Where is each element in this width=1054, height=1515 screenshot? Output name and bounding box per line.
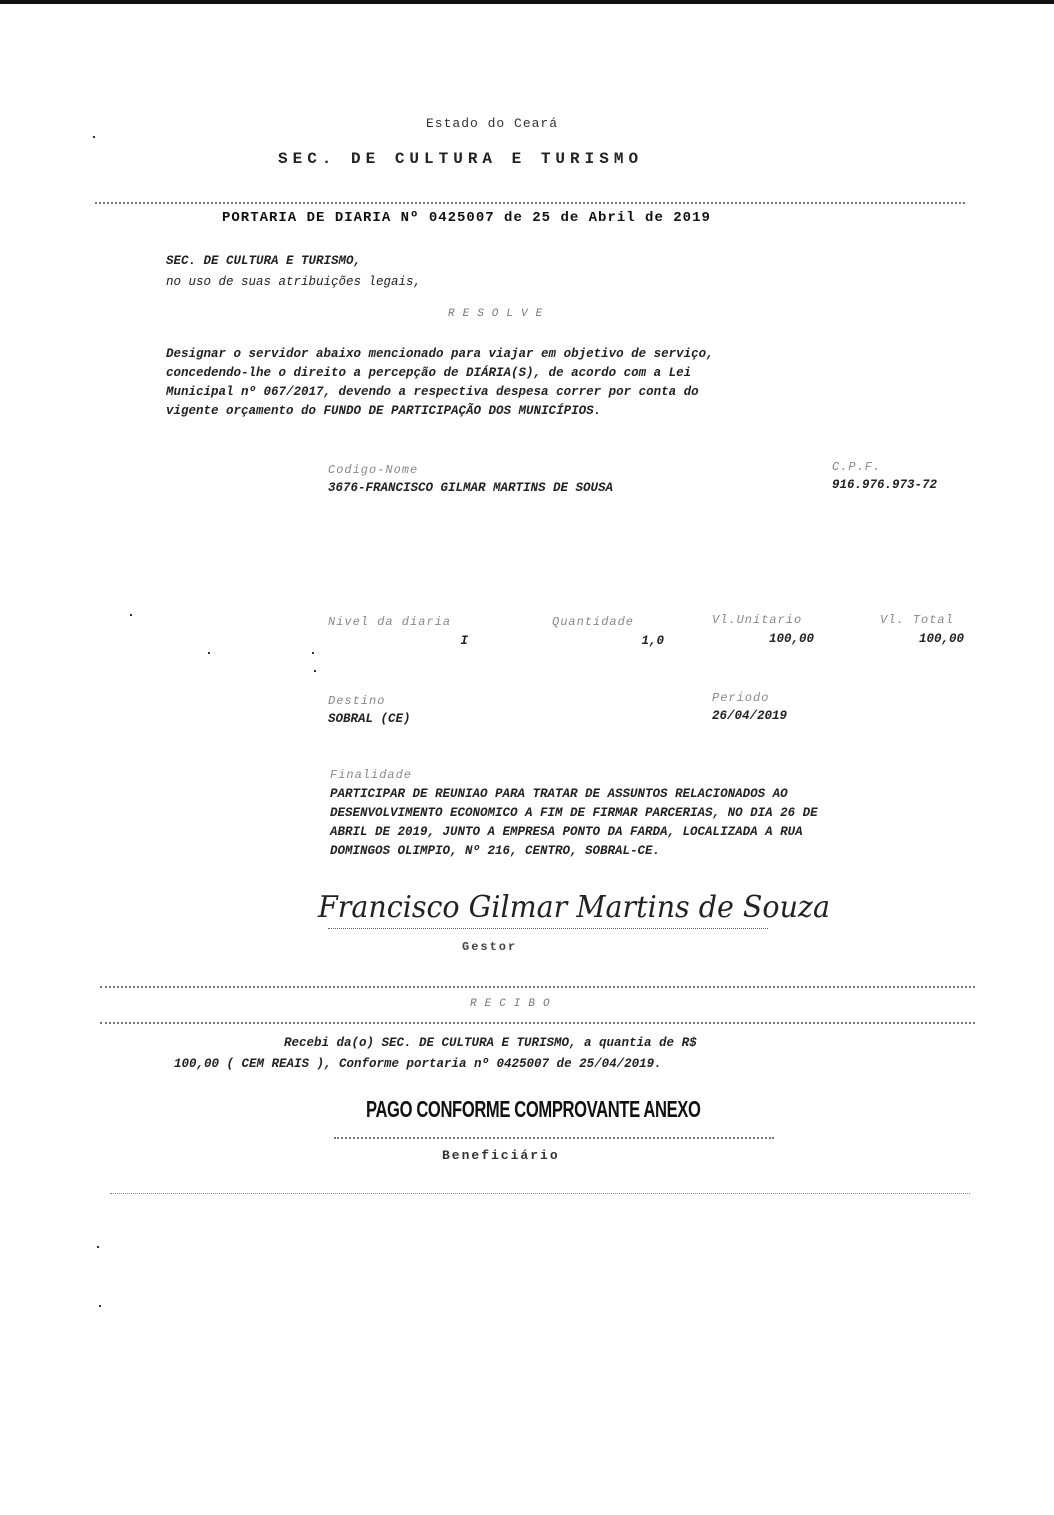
destino-label: Destino	[328, 694, 385, 708]
resolve-heading: RESOLVE	[448, 308, 550, 320]
finalidade-line-1: PARTICIPAR DE REUNIAO PARA TRATAR DE ASS…	[330, 785, 818, 804]
scan-speck	[312, 652, 314, 654]
vl-unitario-label: Vl.Unitario	[712, 613, 802, 627]
recibo-heading: RECIBO	[470, 998, 558, 1010]
scan-top-edge	[0, 0, 1054, 4]
cpf-value: 916.976.973-72	[832, 478, 937, 492]
scan-speck	[314, 670, 316, 672]
recibo-divider-bottom	[100, 1022, 975, 1024]
periodo-value: 26/04/2019	[712, 709, 787, 723]
finalidade-line-2: DESENVOLVIMENTO ECONOMICO A FIM DE FIRMA…	[330, 804, 818, 823]
finalidade-text: PARTICIPAR DE REUNIAO PARA TRATAR DE ASS…	[330, 785, 818, 861]
portaria-title: PORTARIA DE DIARIA Nº 0425007 de 25 de A…	[222, 210, 711, 226]
cpf-label: C.P.F.	[832, 460, 881, 474]
quantidade-value: 1,0	[590, 634, 664, 648]
scan-speck	[97, 1246, 99, 1248]
quantidade-label: Quantidade	[552, 615, 634, 629]
nivel-value: I	[400, 634, 468, 648]
department-title: SEC. DE CULTURA E TURISMO	[278, 150, 643, 168]
vl-total-label: Vl. Total	[880, 613, 954, 627]
periodo-label: Periodo	[712, 691, 769, 705]
body-paragraph: Designar o servidor abaixo mencionado pa…	[166, 345, 714, 421]
nivel-label: Nivel da diaria	[328, 615, 451, 629]
preamble-line-1: SEC. DE CULTURA E TURISMO,	[166, 252, 361, 271]
bottom-divider	[110, 1193, 970, 1194]
recibo-line-2: 100,00 ( CEM REAIS ), Conforme portaria …	[174, 1055, 662, 1074]
destino-value: SOBRAL (CE)	[328, 712, 411, 726]
codigo-nome-value: 3676-FRANCISCO GILMAR MARTINS DE SOUSA	[328, 481, 613, 495]
finalidade-label: Finalidade	[330, 768, 412, 782]
finalidade-line-3: ABRIL DE 2019, JUNTO A EMPRESA PONTO DA …	[330, 823, 818, 842]
scan-speck	[208, 652, 210, 654]
vl-total-value: 100,00	[880, 632, 964, 646]
scan-speck	[130, 614, 132, 616]
codigo-nome-label: Codigo-Nome	[328, 463, 418, 477]
body-line-3: Municipal nº 067/2017, devendo a respect…	[166, 383, 714, 402]
divider	[95, 202, 965, 204]
body-line-2: concedendo-lhe o direito a percepção de …	[166, 364, 714, 383]
body-line-1: Designar o servidor abaixo mencionado pa…	[166, 345, 714, 364]
body-line-4: vigente orçamento do FUNDO DE PARTICIPAÇ…	[166, 402, 714, 421]
scan-speck	[99, 1305, 101, 1307]
signature-line	[328, 928, 768, 929]
handwritten-signature: Francisco Gilmar Martins de Souza	[318, 890, 830, 925]
finalidade-line-4: DOMINGOS OLIMPIO, Nº 216, CENTRO, SOBRAL…	[330, 842, 818, 861]
state-name: Estado do Ceará	[426, 116, 558, 131]
payment-stamp: PAGO CONFORME COMPROVANTE ANEXO	[366, 1096, 700, 1123]
recibo-line-1: Recebi da(o) SEC. DE CULTURA E TURISMO, …	[284, 1034, 697, 1053]
gestor-label: Gestor	[462, 940, 517, 954]
vl-unitario-value: 100,00	[730, 632, 814, 646]
beneficiario-line	[334, 1137, 774, 1139]
beneficiario-label: Beneficiário	[442, 1148, 560, 1163]
preamble-line-2: no uso de suas atribuições legais,	[166, 273, 421, 292]
scan-speck	[93, 136, 95, 138]
recibo-divider-top	[100, 986, 975, 988]
